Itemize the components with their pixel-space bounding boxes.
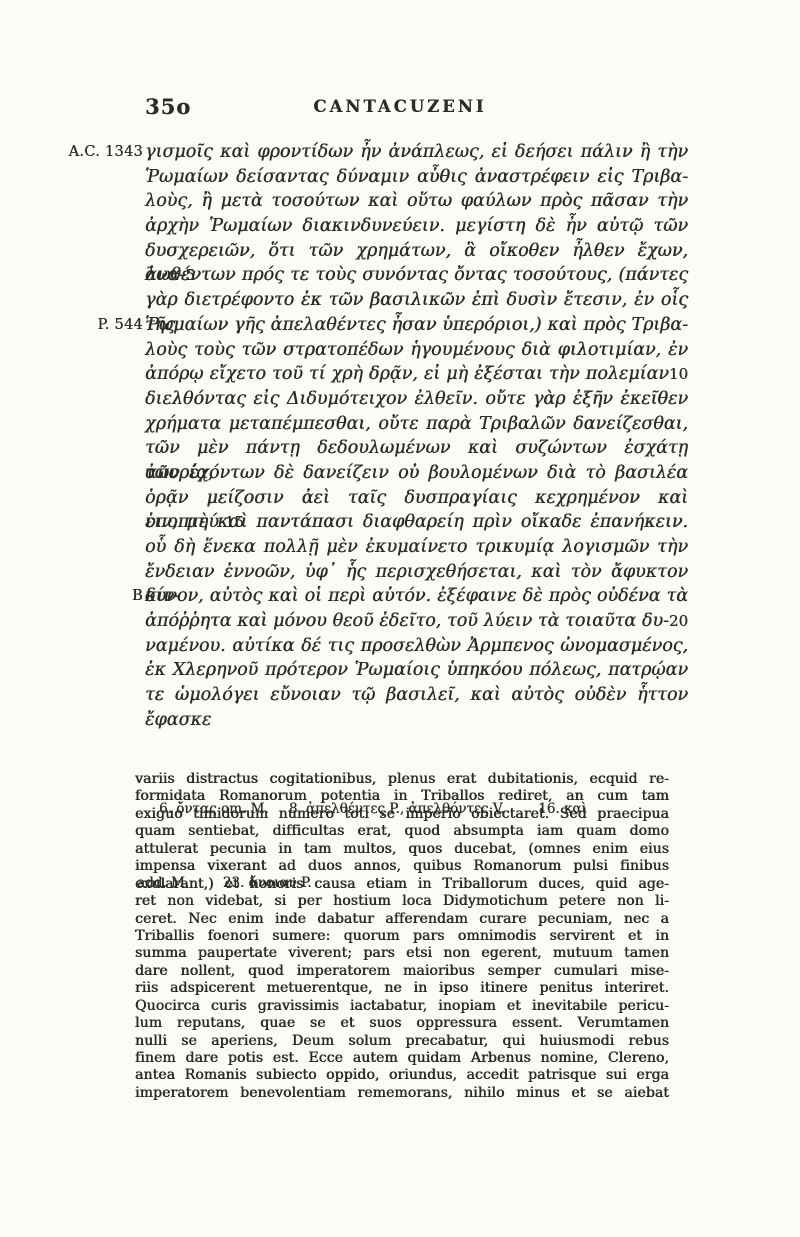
greek-line-text: ἀρχὴν Ῥωμαίων διακινδυνεύειν. μεγίστη δὲ… <box>145 216 688 236</box>
latin-text-line: Quocirca curis gravissimis iactabatur, i… <box>135 998 669 1015</box>
greek-text-line: λωθέντων πρός τε τοὺς συνόντας ὄντας τοσ… <box>145 263 688 288</box>
latin-text-line: Triballis foenori sumere: quorum pars om… <box>135 928 669 945</box>
greek-line-text: γισμοῖς καὶ φροντίδων ἦν ἀνάπλεως, εἰ δε… <box>145 142 688 162</box>
page-header: 35o CANTACUZENI <box>0 94 800 124</box>
latin-text-line: finem dare potis est. Ecce autem quidam … <box>135 1050 669 1067</box>
margin-note: P. 544 <box>97 313 145 338</box>
margin-note: A.C. 1343 <box>69 140 145 165</box>
greek-text-line: τῶν ἐχόντων δὲ δανείζειν οὐ βουλομένων δ… <box>145 461 688 486</box>
greek-text-line: ναμένου. αὐτίκα δέ τις προσελθὼν Ἀρμπενο… <box>145 634 688 659</box>
greek-text-line: Ῥωμαίων δείσαντας δύναμιν αὖθις ἀναστρέφ… <box>145 165 688 190</box>
greek-text-line: γὰρ διετρέφοντο ἐκ τῶν βασιλικῶν ἐπὶ δυσ… <box>145 288 688 313</box>
latin-text-line: nulli se aperiens, Deum solum precabatur… <box>135 1033 669 1050</box>
latin-text-line: lum reputans, quae se et suos oppressura… <box>135 1015 669 1032</box>
greek-line-text: ναμένου. αὐτίκα δέ τις προσελθὼν Ἀρμπενο… <box>145 636 688 656</box>
greek-line-text: ἀπόῤῥητα καὶ μόνου θεοῦ ἐδεῖτο, τοῦ λύει… <box>145 611 669 631</box>
latin-text-line: dare nollent, quod imperatorem maioribus… <box>135 963 669 980</box>
latin-text-line: riis adspicerent metuerentque, ne in ips… <box>135 980 669 997</box>
latin-text-line: formidata Romanorum potentia in Triballo… <box>135 788 669 805</box>
latin-text-line: ceret. Nec enim inde dabatur afferendam … <box>135 911 669 928</box>
greek-text-line: ἀπόῤῥητα καὶ μόνου θεοῦ ἐδεῖτο, τοῦ λύει… <box>145 609 688 634</box>
greek-line-text: Ῥωμαίων δείσαντας δύναμιν αὖθις ἀναστρέφ… <box>145 167 688 187</box>
greek-text-line: οὗ δὴ ἕνεκα πολλῇ μὲν ἐκυμαίνετο τρικυμί… <box>145 535 688 560</box>
book-page: 35o CANTACUZENI A.C. 1343 γισμοῖς καὶ φρ… <box>0 0 800 1237</box>
latin-text-line: exiguo timidorum numero toti se imperio … <box>135 806 669 823</box>
greek-line-text: τῶν ἐχόντων δὲ δανείζειν οὐ βουλομένων δ… <box>145 463 688 483</box>
running-title: CANTACUZENI <box>0 97 800 116</box>
greek-line-text: λοὺς τοὺς τῶν στρατοπέδων ἡγουμένους διὰ… <box>145 340 688 360</box>
greek-line-text: λωθέντων πρός τε τοὺς συνόντας ὄντας τοσ… <box>145 265 688 285</box>
greek-text-block: A.C. 1343 γισμοῖς καὶ φροντίδων ἦν ἀνάπλ… <box>145 140 688 708</box>
greek-text-line: P. 544 Ῥωμαίων γῆς ἀπελαθέντες ἦσαν ὑπερ… <box>145 313 688 338</box>
greek-line-text: τε ὡμολόγει εὔνοιαν τῷ βασιλεῖ, καὶ αὐτὸ… <box>145 685 688 730</box>
greek-line-text: ἀπόρῳ εἴχετο τοῦ τί χρὴ δρᾷν, εἰ μὴ ἐξέσ… <box>145 364 669 384</box>
greek-line-text: ειν, μὴ καὶ παντάπασι διαφθαρείη πρὶν οἴ… <box>145 512 688 532</box>
greek-line-text: δυνον, αὐτὸς καὶ οἱ περὶ αὐτόν. ἐξέφαινε… <box>145 586 688 606</box>
latin-text-line: quam sentiebat, difficultas erat, quod a… <box>135 823 669 840</box>
greek-line-text: λοὺς, ἢ μετὰ τοσούτων καὶ οὕτω φαύλων πρ… <box>145 191 688 211</box>
latin-text-line: antea Romanis subiecto oppido, oriundus,… <box>135 1067 669 1084</box>
greek-text-line: ειν, μὴ καὶ παντάπασι διαφθαρείη πρὶν οἴ… <box>145 510 688 535</box>
latin-text-line: attulerat pecunia in tam multos, quos du… <box>135 841 669 858</box>
margin-note: B <box>132 584 145 609</box>
latin-translation-block: variis distractus cogitationibus, plenus… <box>135 771 669 1102</box>
latin-text-line: ret non videbat, si per hostium loca Did… <box>135 893 669 910</box>
latin-text-line: variis distractus cogitationibus, plenus… <box>135 771 669 788</box>
greek-line-text: οὗ δὴ ἕνεκα πολλῇ μὲν ἐκυμαίνετο τρικυμί… <box>145 537 688 557</box>
greek-line-text: χρήματα μεταπέμπεσθαι, οὔτε παρὰ Τριβαλῶ… <box>145 414 688 434</box>
greek-line-text: διελθόντας εἰς Διδυμότειχον ἐλθεῖν. οὔτε… <box>145 389 688 409</box>
greek-text-line: ἔνδειαν ἐννοῶν, ὑφ᾽ ἧς περισχεθήσεται, κ… <box>145 560 688 585</box>
latin-text-line: exularant,) et honoris causa etiam in Tr… <box>135 876 669 893</box>
edition-line-number: 10 <box>669 365 688 383</box>
greek-text-line: ἐκ Χλερηνοῦ πρότερον Ῥωμαίοις ὑπηκόου πό… <box>145 658 688 683</box>
greek-text-line: λοὺς τοὺς τῶν στρατοπέδων ἡγουμένους διὰ… <box>145 338 688 363</box>
greek-text-line: διελθόντας εἰς Διδυμότειχον ἐλθεῖν. οὔτε… <box>145 387 688 412</box>
greek-text-line: ἀρχὴν Ῥωμαίων διακινδυνεύειν. μεγίστη δὲ… <box>145 214 688 239</box>
latin-text-line: summa paupertate viverent; pars etsi non… <box>135 945 669 962</box>
greek-text-line: ὁρᾷν μείζοσιν ἀεὶ ταῖς δυσπραγίαις κεχρη… <box>145 486 688 511</box>
latin-text-line: imperatorem benevolentiam rememorans, ni… <box>135 1085 669 1102</box>
greek-text-line: ἀπόρῳ εἴχετο τοῦ τί χρὴ δρᾷν, εἰ μὴ ἐξέσ… <box>145 362 688 387</box>
greek-text-line: τῶν μὲν πάντῃ δεδουλωμένων καὶ συζώντων … <box>145 436 688 461</box>
greek-line-text: ἐκ Χλερηνοῦ πρότερον Ῥωμαίοις ὑπηκόου πό… <box>145 660 688 680</box>
edition-line-number: 20 <box>669 612 688 630</box>
greek-text-line: τε ὡμολόγει εὔνοιαν τῷ βασιλεῖ, καὶ αὐτὸ… <box>145 683 688 708</box>
greek-text-line: χρήματα μεταπέμπεσθαι, οὔτε παρὰ Τριβαλῶ… <box>145 412 688 437</box>
latin-text-line: impensa vixerant ad duos annos, quibus R… <box>135 858 669 875</box>
greek-text-line: δυσχερειῶν, ὅτι τῶν χρημάτων, ἃ οἴκοθεν … <box>145 239 688 264</box>
greek-line-text: Ῥωμαίων γῆς ἀπελαθέντες ἦσαν ὑπερόριοι,)… <box>145 315 688 335</box>
greek-text-line: A.C. 1343 γισμοῖς καὶ φροντίδων ἦν ἀνάπλ… <box>145 140 688 165</box>
greek-text-line: λοὺς, ἢ μετὰ τοσούτων καὶ οὕτω φαύλων πρ… <box>145 189 688 214</box>
greek-text-line: B δυνον, αὐτὸς καὶ οἱ περὶ αὐτόν. ἐξέφαι… <box>145 584 688 609</box>
